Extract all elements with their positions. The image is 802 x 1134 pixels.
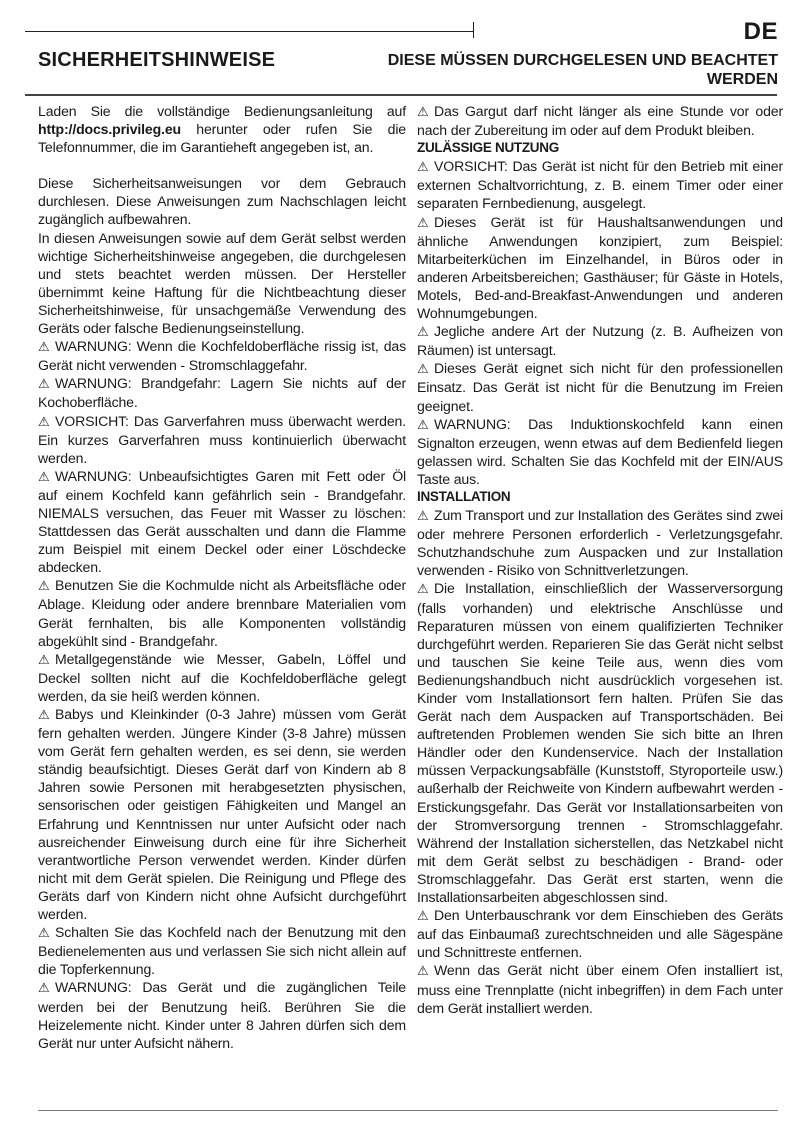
warning-text: Benutzen Sie die Kochmulde nicht als Arb… (38, 577, 406, 648)
top-rule-tick (473, 22, 474, 38)
paragraph-read-instructions: Diese Sicherheitsanweisungen vor dem Geb… (38, 174, 406, 228)
warning-text: WARNUNG: Wenn die Kochfeldoberfläche ris… (38, 338, 406, 373)
warning-item: ⚠Dieses Gerät ist für Haushaltsanwendung… (417, 213, 783, 323)
warning-text: Metallgegenstände wie Messer, Gabeln, Lö… (38, 651, 406, 704)
warning-item: ⚠Den Unterbauschrank vor dem Einschieben… (417, 906, 783, 961)
warning-item: ⚠Benutzen Sie die Kochmulde nicht als Ar… (38, 576, 406, 649)
warning-triangle-icon: ⚠ (417, 360, 434, 378)
warning-text: WARNUNG: Das Gerät und die zugänglichen … (38, 979, 406, 1050)
intro-paragraph: Laden Sie die vollständige Bedienungsanl… (38, 102, 406, 156)
warning-triangle-icon: ⚠ (417, 907, 434, 925)
warning-triangle-icon: ⚠ (417, 507, 434, 525)
page-subtitle: DIESE MÜSSEN DURCHGELESEN UND BEACHTET W… (338, 51, 778, 89)
section-heading-installation: INSTALLATION (417, 488, 783, 506)
section-heading-usage: ZULÄSSIGE NUTZUNG (417, 139, 783, 157)
spacer (38, 156, 406, 174)
warning-triangle-icon: ⚠ (417, 323, 434, 341)
right-column: ⚠Das Gargut darf nicht länger als eine S… (417, 102, 783, 1017)
warning-triangle-icon: ⚠ (38, 413, 55, 431)
page-title: SICHERHEITSHINWEISE (38, 49, 275, 72)
warning-triangle-icon: ⚠ (38, 577, 55, 595)
warning-triangle-icon: ⚠ (38, 979, 55, 997)
warning-triangle-icon: ⚠ (417, 416, 434, 434)
warning-item: ⚠WARNUNG: Das Induktionskochfeld kann ei… (417, 415, 783, 488)
warning-item: ⚠WARNUNG: Unbeaufsichtigtes Garen mit Fe… (38, 467, 406, 577)
warning-item: ⚠Schalten Sie das Kochfeld nach der Benu… (38, 923, 406, 978)
warning-text: Schalten Sie das Kochfeld nach der Benut… (38, 924, 406, 977)
warning-text: Das Gargut darf nicht länger als eine St… (417, 103, 783, 138)
warning-item: ⚠Jegliche andere Art der Nutzung (z. B. … (417, 322, 783, 359)
footer-divider (38, 1110, 778, 1111)
warning-text: Dieses Gerät eignet sich nicht für den p… (417, 360, 783, 413)
warning-text: WARNUNG: Unbeaufsichtigtes Garen mit Fet… (38, 468, 406, 575)
warning-text: VORSICHT: Das Garverfahren muss überwach… (38, 413, 406, 466)
warning-text: Die Installation, einschließlich der Was… (417, 580, 783, 905)
warning-item: ⚠VORSICHT: Das Garverfahren muss überwac… (38, 412, 406, 467)
warning-triangle-icon: ⚠ (38, 468, 55, 486)
warning-text: Den Unterbauschrank vor dem Einschieben … (417, 907, 783, 960)
warning-item: ⚠WARNUNG: Brandgefahr: Lagern Sie nichts… (38, 374, 406, 411)
warning-item: ⚠Das Gargut darf nicht länger als eine S… (417, 102, 783, 139)
left-column: Laden Sie die vollständige Bedienungsanl… (38, 102, 406, 1052)
warning-item: ⚠Wenn das Gerät nicht über einem Ofen in… (417, 961, 783, 1016)
warning-triangle-icon: ⚠ (417, 103, 434, 121)
warning-text: Jegliche andere Art der Nutzung (z. B. A… (417, 323, 783, 358)
warning-triangle-icon: ⚠ (417, 962, 434, 980)
intro-text: Laden Sie die vollständige Bedienungsanl… (38, 103, 406, 119)
warning-item: ⚠VORSICHT: Das Gerät ist nicht für den B… (417, 157, 783, 212)
warning-triangle-icon: ⚠ (38, 338, 55, 356)
warning-text: WARNUNG: Das Induktionskochfeld kann ein… (417, 416, 783, 487)
warning-item: ⚠Zum Transport und zur Installation des … (417, 506, 783, 579)
warning-text: Babys und Kleinkinder (0-3 Jahre) müssen… (38, 706, 406, 922)
header-divider (25, 94, 777, 96)
warning-triangle-icon: ⚠ (38, 651, 55, 669)
warning-item: ⚠Metallgegenstände wie Messer, Gabeln, L… (38, 650, 406, 705)
warning-item: ⚠Babys und Kleinkinder (0-3 Jahre) müsse… (38, 705, 406, 923)
paragraph-liability: In diesen Anweisungen sowie auf dem Gerä… (38, 229, 406, 338)
warning-triangle-icon: ⚠ (417, 158, 434, 176)
warning-text: VORSICHT: Das Gerät ist nicht für den Be… (417, 158, 783, 211)
warning-item: ⚠Die Installation, einschließlich der Wa… (417, 579, 783, 906)
warning-triangle-icon: ⚠ (38, 924, 55, 942)
warning-text: Dieses Gerät ist für Haushaltsanwendunge… (417, 214, 783, 321)
warning-text: WARNUNG: Brandgefahr: Lagern Sie nichts … (38, 375, 406, 410)
warning-text: Wenn das Gerät nicht über einem Ofen ins… (417, 962, 783, 1015)
warning-item: ⚠Dieses Gerät eignet sich nicht für den … (417, 359, 783, 414)
warning-triangle-icon: ⚠ (38, 375, 55, 393)
language-code: DE (744, 18, 778, 46)
warning-text: Zum Transport und zur Installation des G… (417, 507, 783, 578)
warning-item: ⚠WARNUNG: Wenn die Kochfeldoberfläche ri… (38, 337, 406, 374)
manual-link[interactable]: http://docs.privileg.eu (38, 121, 181, 137)
warning-triangle-icon: ⚠ (38, 706, 55, 724)
warning-triangle-icon: ⚠ (417, 214, 434, 232)
warning-triangle-icon: ⚠ (417, 580, 434, 598)
warning-item: ⚠WARNUNG: Das Gerät und die zugänglichen… (38, 978, 406, 1051)
top-rule (25, 31, 473, 32)
